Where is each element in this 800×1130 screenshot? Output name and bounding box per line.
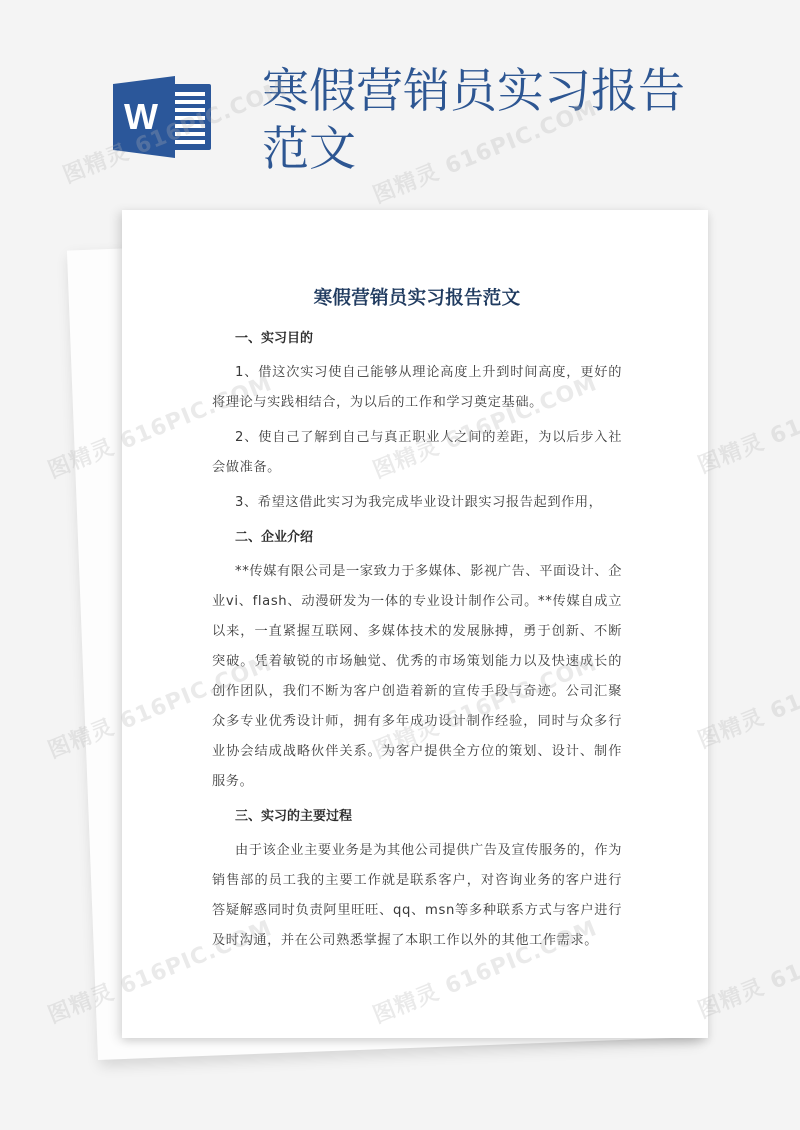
document-page: 寒假营销员实习报告范文 一、实习目的 1、借这次实习使自己能够从理论高度上升到时… (122, 210, 708, 1038)
document-body: 寒假营销员实习报告范文 一、实习目的 1、借这次实习使自己能够从理论高度上升到时… (212, 285, 622, 961)
paragraph: 1、借这次实习使自己能够从理论高度上升到时间高度，更好的将理论与实践相结合，为以… (212, 358, 622, 418)
watermark: 图精灵 616PIC.COM (693, 906, 800, 1024)
watermark: 图精灵 616PIC.COM (693, 636, 800, 754)
svg-text:W: W (124, 96, 158, 137)
header-title: 寒假营销员实习报告范文 (262, 63, 702, 179)
paragraph: 由于该企业主要业务是为其他公司提供广告及宣传服务的，作为销售部的员工我的主要工作… (212, 836, 622, 956)
paragraph: **传媒有限公司是一家致力于多媒体、影视广告、平面设计、企业vi、flash、动… (212, 557, 622, 797)
paragraph: 3、希望这借此实习为我完成毕业设计跟实习报告起到作用， (212, 488, 622, 518)
section-heading: 二、企业介绍 (212, 523, 622, 553)
section-heading: 三、实习的主要过程 (212, 802, 622, 832)
watermark: 图精灵 616PIC.COM (693, 361, 800, 479)
paragraph: 2、使自己了解到自己与真正职业人之间的差距，为以后步入社会做准备。 (212, 423, 622, 483)
document-title: 寒假营销员实习报告范文 (212, 285, 622, 313)
section-heading: 一、实习目的 (212, 324, 622, 354)
word-document-icon: W (113, 76, 213, 158)
